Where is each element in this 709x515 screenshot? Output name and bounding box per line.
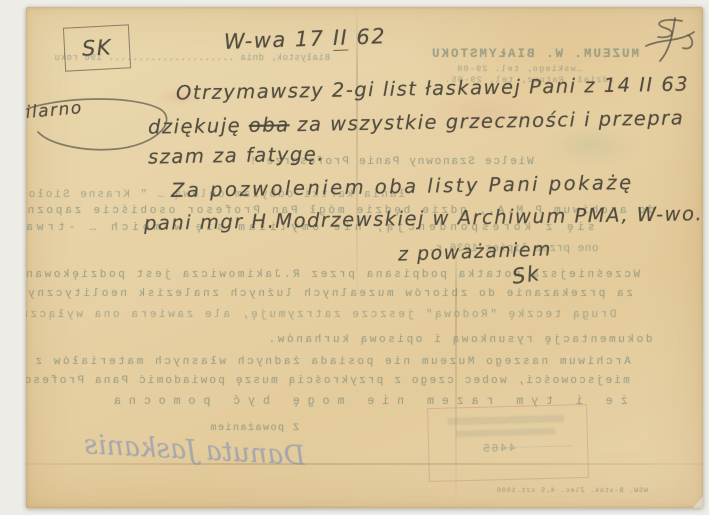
stamp-box: 4465 (427, 404, 589, 482)
mirrored-signature: Danuta Jaskanis (83, 429, 305, 472)
horizontal-fold-crease (26, 463, 703, 465)
pencil-line-4: Za pozwoleniem oba listy Pani pokażę (171, 171, 634, 202)
typed-closing: Z poważaniem (209, 423, 299, 434)
pencil-line-2: dziękuję oba za wszystkie grzeczności i … (148, 106, 685, 138)
pencil-date-note: W-wa 17 II 62 (224, 24, 387, 54)
paper-corner-notch (692, 495, 703, 508)
pencil-initials: Sk (510, 261, 542, 289)
corner-initials: SK (81, 35, 112, 61)
corner-initials-box: SK (63, 24, 131, 71)
pencil-date-city: W-wa 17 (224, 26, 325, 53)
stamp-text-bar (457, 429, 555, 437)
typed-body-line: Drugą teczkę "Rodową" jeszcze zatrzymuję… (26, 309, 616, 321)
pencil-line-1: Otrzymawszy 2-gi list łaskawej Pani z 14… (176, 73, 690, 105)
scanned-letter: MUZEUM. W. BIAŁYMSTOKU …wskiego, tel. 29… (0, 0, 709, 515)
letterhead-address-line: …wskiego, tel. 29-08 (456, 64, 582, 74)
typed-body-line: miejscowości, wobec czego z przykrością … (26, 375, 630, 387)
pencil-line-2-post: za wszystkie grzeczności i przepra (289, 106, 684, 136)
typed-body-line: Wcześniejsza notatka podpisana przez R.J… (26, 269, 640, 281)
pencil-date-month: II (332, 26, 348, 52)
printers-note: WSW. B-stok. Zlec. 4,5 szt.1000 (496, 487, 648, 494)
letterhead-museum-name: MUZEUM. W. BIAŁYMSTOKU (430, 47, 639, 61)
pencil-line-3: szam za fatygę. (148, 142, 325, 168)
typed-body-line: dokumentację rysunkową i opisową kurhanó… (266, 334, 652, 346)
stamp-number: 4465 (481, 443, 516, 456)
stamp-text-bar (448, 416, 563, 425)
pencil-date-year: 62 (356, 24, 387, 49)
typed-body-line: Archiwum naszego Muzeum nie posiada żadn… (26, 356, 631, 368)
letter-paper: MUZEUM. W. BIAŁYMSTOKU …wskiego, tel. 29… (26, 7, 703, 508)
pencil-struck-word: oba (249, 113, 290, 137)
pencil-line-2-pre: dziękuję (148, 114, 249, 139)
paraph-monogram-icon (638, 15, 700, 69)
typed-body-line: za przekazanie do zbiorów muzealnych luź… (26, 288, 633, 300)
